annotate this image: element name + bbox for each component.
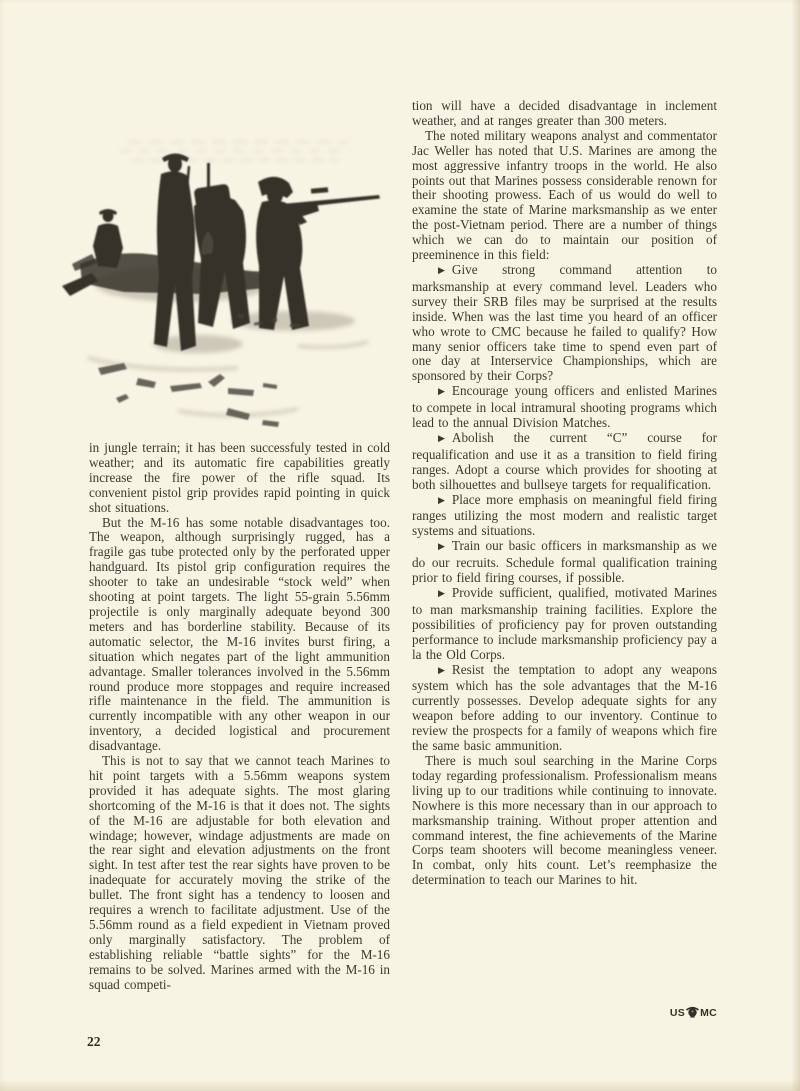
bullet-paragraph: ▶Give strong command attention to marksm… xyxy=(412,263,717,384)
bullet-paragraph: ▶Train our basic officers in marksmanshi… xyxy=(412,539,717,586)
magazine-page: in jungle terrain; it has been successfu… xyxy=(0,0,800,1091)
signature-mc-text: MC xyxy=(700,1007,717,1019)
eagle-globe-anchor-icon xyxy=(686,1005,699,1019)
bullet-paragraph: ▶Abolish the current “C” course for requ… xyxy=(412,431,717,493)
body-paragraph: in jungle terrain; it has been successfu… xyxy=(89,441,390,516)
bullet-arrow-icon: ▶ xyxy=(425,664,445,679)
bullet-arrow-icon: ▶ xyxy=(425,432,445,447)
body-paragraph: This is not to say that we cannot teach … xyxy=(89,754,390,993)
marines-firing-sketch xyxy=(58,136,402,436)
page-number: 22 xyxy=(87,1034,101,1050)
bullet-arrow-icon: ▶ xyxy=(425,494,445,509)
body-paragraph: The noted military weapons analyst and c… xyxy=(412,129,717,263)
bullet-paragraph: ▶Place more emphasis on meaningful field… xyxy=(412,493,717,540)
signature-us-text: US xyxy=(670,1007,685,1019)
bullet-paragraph: ▶Encourage young officers and enlisted M… xyxy=(412,384,717,431)
body-paragraph: tion will have a decided disadvantage in… xyxy=(412,99,717,129)
combat-illustration xyxy=(58,136,402,436)
bullet-arrow-icon: ▶ xyxy=(425,587,445,602)
usmc-signature: US MC xyxy=(413,1006,717,1020)
bullet-arrow-icon: ▶ xyxy=(425,385,445,400)
body-paragraph: But the M-16 has some notable disadvanta… xyxy=(89,516,390,755)
bullet-arrow-icon: ▶ xyxy=(425,264,445,279)
bullet-arrow-icon: ▶ xyxy=(425,540,445,555)
bullet-paragraph: ▶Resist the temptation to adopt any weap… xyxy=(412,663,717,754)
right-column: tion will have a decided disadvantage in… xyxy=(412,99,717,1027)
bullet-paragraph: ▶Provide sufficient, qualified, motivate… xyxy=(412,586,717,663)
body-paragraph: There is much soul searching in the Mari… xyxy=(412,754,717,888)
left-column: in jungle terrain; it has been successfu… xyxy=(89,441,390,1030)
